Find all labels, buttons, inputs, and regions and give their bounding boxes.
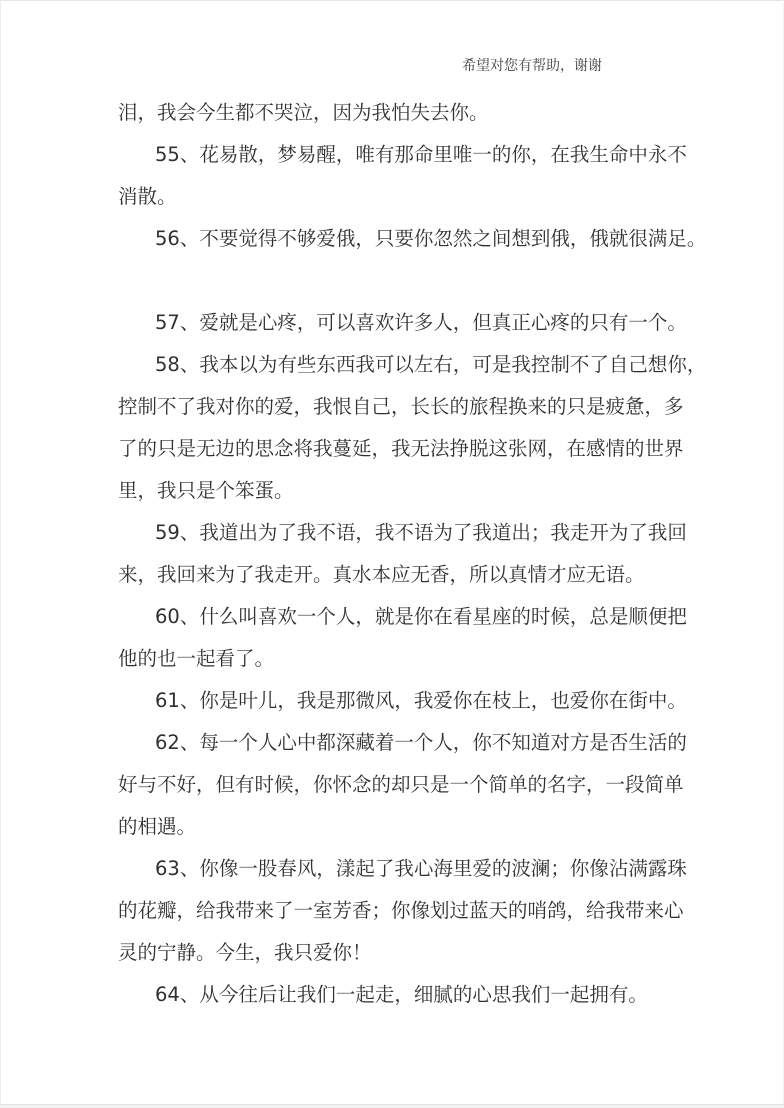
text-line: 的相遇。	[118, 806, 666, 848]
text-line: 他的也一起看了。	[118, 638, 666, 680]
text-line: 61、你是叶儿，我是那微风，我爱你在枝上，也爱你在街中。	[118, 680, 666, 722]
text-line: 60、什么叫喜欢一个人，就是你在看星座的时候，总是顺便把	[118, 596, 666, 638]
text-line: 63、你像一股春风，漾起了我心海里爱的波澜；你像沾满露珠	[118, 848, 666, 890]
text-line: 了的只是无边的思念将我蔓延，我无法挣脱这张网，在感情的世界	[118, 428, 666, 470]
header-note: 希望对您有帮助，谢谢	[462, 57, 602, 75]
page-edge-bottom	[0, 1104, 784, 1108]
text-line: 好与不好，但有时候，你怀念的却只是一个简单的名字，一段简单	[118, 764, 666, 806]
document-page: 希望对您有帮助，谢谢 泪，我会今生都不哭泣，因为我怕失去你。55、花易散，梦易醒…	[0, 0, 784, 1108]
text-line: 56、不要觉得不够爱俄，只要你忽然之间想到俄，俄就很满足。	[118, 218, 666, 260]
text-line: 62、每一个人心中都深藏着一个人，你不知道对方是否生活的	[118, 722, 666, 764]
page-edge-left	[0, 0, 1, 1108]
text-line: 来，我回来为了我走开。真水本应无香，所以真情才应无语。	[118, 554, 666, 596]
text-line: 里，我只是个笨蛋。	[118, 470, 666, 512]
text-line: 控制不了我对你的爱，我恨自己，长长的旅程换来的只是疲惫，多	[118, 386, 666, 428]
page-body-text: 泪，我会今生都不哭泣，因为我怕失去你。55、花易散，梦易醒，唯有那命里唯一的你，…	[118, 92, 666, 1016]
text-line: 泪，我会今生都不哭泣，因为我怕失去你。	[118, 92, 666, 134]
text-line: 58、我本以为有些东西我可以左右，可是我控制不了自己想你，	[118, 344, 666, 386]
text-line: 55、花易散，梦易醒，唯有那命里唯一的你，在我生命中永不	[118, 134, 666, 176]
text-line: 消散。	[118, 176, 666, 218]
text-line: 64、从今往后让我们一起走，细腻的心思我们一起拥有。	[118, 974, 666, 1016]
text-line: 59、我道出为了我不语，我不语为了我道出；我走开为了我回	[118, 512, 666, 554]
text-line: 的花瓣，给我带来了一室芳香；你像划过蓝天的哨鸽，给我带来心	[118, 890, 666, 932]
text-line: 灵的宁静。今生，我只爱你！	[118, 932, 666, 974]
page-edge-top	[0, 0, 784, 1]
blank-line	[118, 260, 666, 302]
text-line: 57、爱就是心疼，可以喜欢许多人，但真正心疼的只有一个。	[118, 302, 666, 344]
